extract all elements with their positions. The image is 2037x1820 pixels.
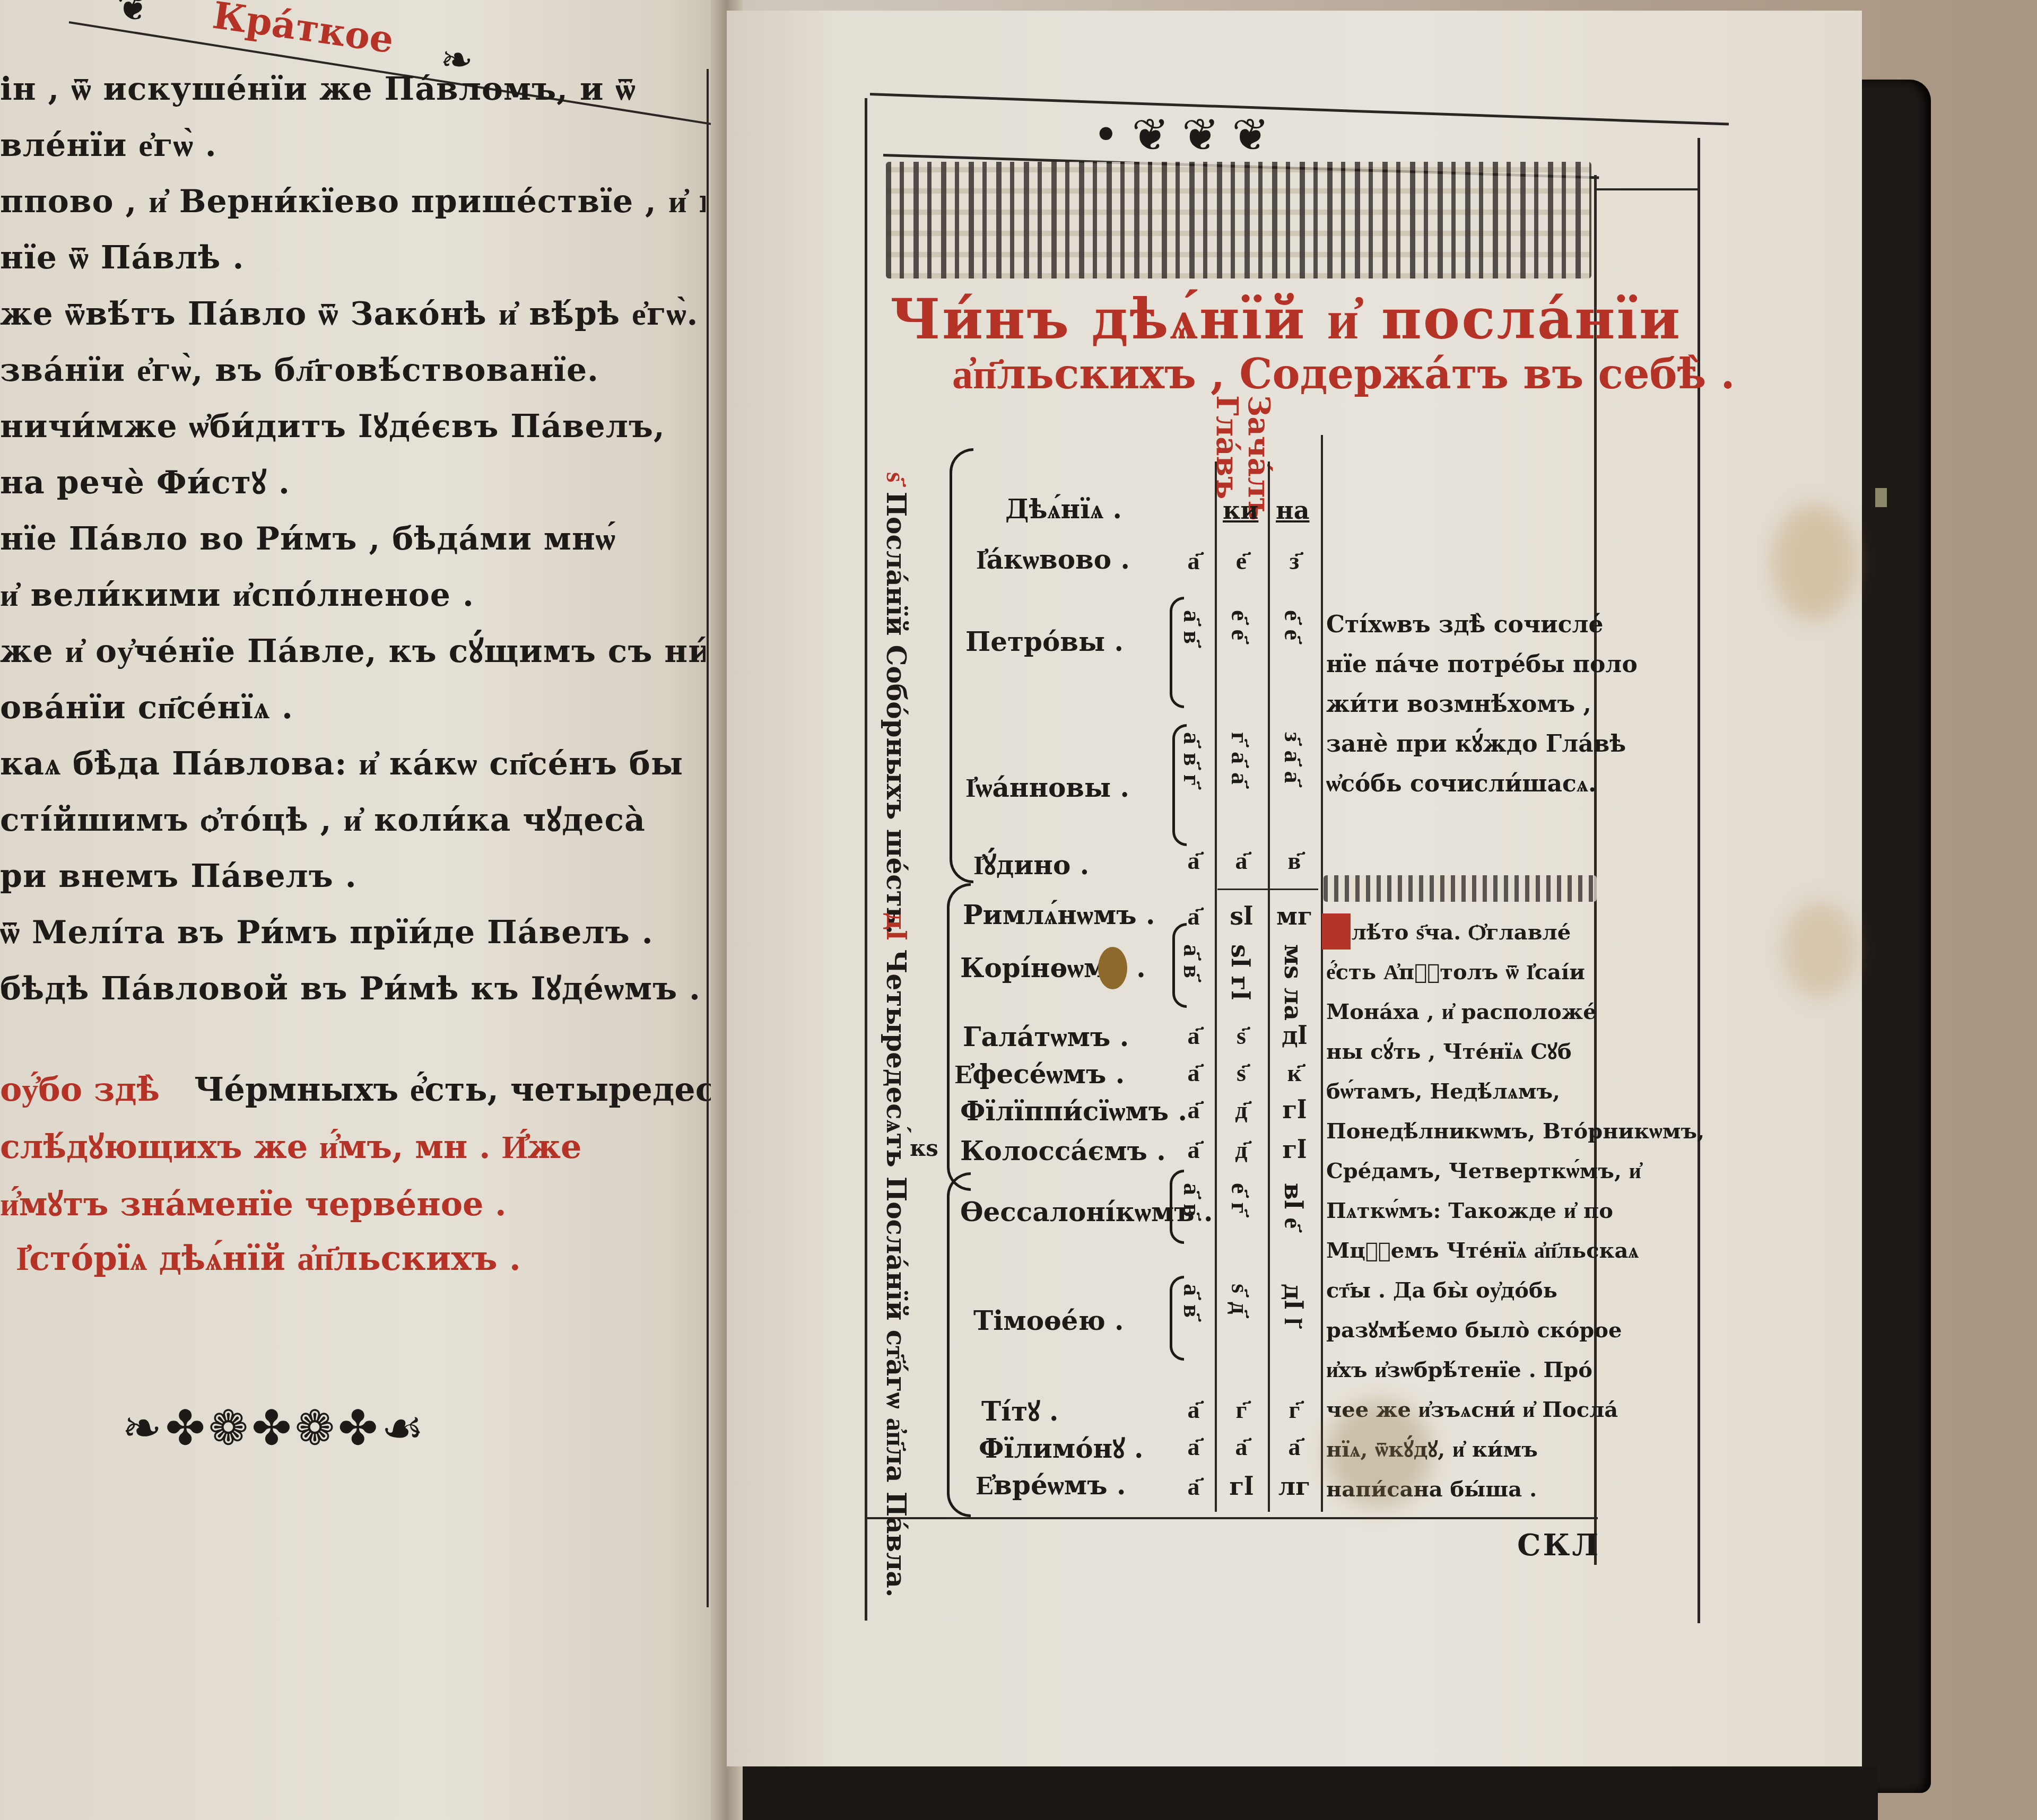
section-title: І҆сто́рїѧ дѣѧ́нїй а҆п҃льскихъ .	[16, 1239, 521, 1278]
chapters-total: ки	[1223, 496, 1258, 525]
catholic-brace	[950, 448, 973, 883]
column-rule	[1268, 461, 1270, 1512]
cell-zachala: з҃	[1276, 546, 1313, 575]
sum-label: кѕ	[910, 1135, 938, 1161]
text-line: нїе ѿ Па́влѣ .	[0, 230, 706, 286]
cell-chapters: а҃	[1223, 1432, 1260, 1461]
cell-epistle: а҃	[1175, 1058, 1212, 1087]
cell-chapters: ѕӏ гӏ	[1223, 944, 1255, 1000]
cell-chapters: а҃	[1223, 846, 1260, 875]
text-line: же и҆ оу҆че́нїе Па́вле, къ сꙋ́щимъ съ ни…	[0, 623, 706, 680]
row-acts: Дѣѧ́нїѧ .	[1005, 493, 1122, 525]
cell-zachala: лг	[1276, 1472, 1313, 1501]
row-titus: Ті́тꙋ .	[981, 1392, 1058, 1429]
text-line: вле́нїи е҆гѡ̀ .	[0, 117, 706, 173]
running-head: Кра́ткое	[210, 0, 396, 62]
rubric-text: оу҆́бо здѣ̀	[0, 1070, 160, 1109]
pauline-epistles-label: дӏ Четыредесѧ́ть Посла́нїй ст҃а́гѡ а҆п҃л…	[881, 912, 912, 1597]
stain	[1098, 947, 1127, 989]
cell-zachala: з҃ а҃ а҃	[1276, 732, 1308, 783]
cell-chapters: ѕ҃	[1223, 1021, 1260, 1050]
rubric-text-black: Че́рмныхъ е҆́сть, четыредесѧ́тъ.	[194, 1070, 789, 1109]
cell-zachala: вӏ е҃	[1276, 1183, 1308, 1229]
zachala-total: на	[1276, 496, 1309, 525]
tailpiece-ornament-icon: ❧✤❁✤❁✤☙	[122, 1400, 427, 1456]
cell-epistle: а҃	[1175, 546, 1212, 575]
catholic-epistles-label: ѕ҃ Посла́нїй Собо́рныхъ ше́сть.	[881, 472, 912, 934]
rubric-block: оу҆́бо здѣ̀ Че́рмныхъ е҆́сть, четыредесѧ…	[0, 1061, 706, 1233]
cell-zachala: г҃	[1276, 1395, 1313, 1424]
left-page: ❦ Кра́ткое ❧ ін , ѿ искуше́нїи же Па́вло…	[0, 0, 727, 1820]
cell-epistle: а҃	[1175, 1472, 1212, 1501]
text-line: бѣдѣ Па́вловой въ Ри́мѣ къ Іꙋде́ѡмъ .	[0, 961, 706, 1017]
stain	[1782, 902, 1857, 997]
cell-chapters: ѕ҃	[1223, 1058, 1260, 1087]
headpiece-ornament-icon: •❦❦❦	[1093, 109, 1282, 161]
cell-epistle: а҃	[1175, 902, 1212, 930]
cell-zachala: а҃	[1276, 1432, 1313, 1461]
text-line: нїе Па́вло во Ри́мъ , бѣда́ми мнѡ́	[0, 511, 706, 567]
text-line: и҆ вели́кими и҆спо́лненое .	[0, 567, 706, 623]
left-page-body: ін , ѿ искуше́нїи же Па́вломъ, и ѿ вле́н…	[0, 61, 706, 1017]
cell-zachala: в҃	[1276, 846, 1313, 875]
ornamental-band	[886, 162, 1591, 278]
cell-zachala: дӏ	[1276, 1021, 1313, 1050]
row-philemon: Фїлимо́нꙋ .	[979, 1430, 1143, 1466]
ornament-icon: ❦	[117, 0, 150, 30]
text-line: ін , ѿ искуше́нїи же Па́вломъ, и ѿ	[0, 61, 706, 117]
row-romans: Римлѧ́нѡмъ .	[963, 899, 1155, 930]
text-line: зва́нїи е҆гѡ̀, въ бл҃говѣ́ствованїе.	[0, 342, 706, 398]
cell-epistle: а҃	[1175, 1395, 1212, 1424]
table-bottom-rule	[866, 1517, 1598, 1519]
frame-rule	[1597, 188, 1700, 190]
verses-note: Сті́хѡвъ здѣ̀ сочисле́ нїе па́че потре́б…	[1326, 605, 1638, 804]
cell-chapters: д҃	[1223, 1095, 1260, 1124]
cell-chapters: д҃	[1223, 1135, 1260, 1164]
dropcap-initial	[1322, 913, 1351, 950]
cell-chapters: е҃	[1223, 546, 1260, 575]
cell-chapters: г҃	[1223, 1395, 1260, 1424]
page-subtitle: а҆п҃льскихъ , Содержа́тъ въ себѣ̀ .	[952, 350, 1735, 398]
cell-epistle: а҃ в҃	[1175, 1284, 1207, 1318]
cell-chapters: г҃ а҃ а҃	[1223, 732, 1255, 785]
row-philippians: Фїлїппи́сїѡмъ .	[960, 1095, 1187, 1127]
text-line: сті́йшимъ ѻ҆то́цѣ , и҆ коли́ка чꙋдеса̀	[0, 792, 706, 848]
row-colossians: Колосса́ємъ .	[960, 1135, 1166, 1166]
cell-epistle: а҃	[1175, 846, 1212, 875]
text-line: ппово , и҆ Верни́кїево прише́ствїе , и҆ …	[0, 173, 706, 230]
cell-zachala: гӏ	[1276, 1135, 1313, 1164]
frame-left-rule	[865, 98, 867, 1621]
stain	[1326, 1400, 1432, 1506]
text-line: ова́нїи сп҃се́нїѧ .	[0, 680, 706, 736]
cell-epistle: а҃ в҃ г҃	[1175, 732, 1207, 786]
note-ornament-band	[1324, 875, 1597, 902]
column-rule	[1321, 435, 1323, 1512]
cell-chapters: е҃ г҃	[1223, 1183, 1255, 1213]
row-timothy: Тімоѳе́ю .	[973, 1305, 1124, 1336]
cell-epistle: а҃	[1175, 1095, 1212, 1124]
cell-chapters: ѕ҃ д҃	[1223, 1284, 1255, 1314]
page-title: Чи́нъ дѣѧ́нїй и҆ посла́нїи	[890, 286, 1682, 352]
cell-zachala: дӏ ӏ҃	[1276, 1284, 1308, 1325]
cell-zachala: мѕ ла	[1276, 944, 1308, 1021]
row-hebrews: Е҆вре́ѡмъ .	[976, 1469, 1126, 1501]
text-line: ничи́мже ѡ҆би́дитъ Іꙋде́євъ Па́велъ,	[0, 398, 706, 455]
text-line: ѿ Мелі́та въ Ри́мъ прїи́де Па́велъ .	[0, 904, 706, 961]
stain	[1772, 504, 1857, 621]
cell-zachala: к҃	[1276, 1058, 1313, 1087]
row-peter: Петро́вы .	[965, 626, 1124, 657]
cell-zachala: е҃ е҃	[1276, 610, 1308, 640]
cell-epistle: а҃	[1175, 1021, 1212, 1050]
row-ephesians: Е҆фесе́ѡмъ .	[955, 1058, 1125, 1090]
cell-zachala: мг	[1276, 902, 1313, 930]
cell-epistle: а҃ в҃	[1175, 610, 1207, 644]
cell-epistle: а҃	[1175, 1135, 1212, 1164]
rubric-text: слѣ́дꙋющихъ же и҆́мъ, мн . И҆́же	[0, 1118, 706, 1175]
cell-zachala: гӏ	[1276, 1095, 1313, 1124]
row-jude: І҆ꙋ́дино .	[973, 846, 1089, 882]
text-line: на речѐ Фи́стꙋ .	[0, 455, 706, 511]
cell-chapters: гӏ	[1223, 1472, 1260, 1501]
text-line: же ѿвѣ́тъ Па́вло ѿ Зако́нѣ и҆ вѣ́рѣ е҆гѡ…	[0, 286, 706, 342]
margin-rule	[707, 69, 709, 1607]
column-rule	[1215, 461, 1217, 1512]
cell-chapters: ѕӏ	[1223, 902, 1260, 930]
text-line: каѧ бѣ̀да Па́влова: и҆ ка́кѡ сп҃се́нъ бы	[0, 736, 706, 792]
clasp-icon	[1875, 488, 1887, 507]
row-john: І҆ѡа́нновы .	[965, 772, 1129, 803]
row-james: І҆а́кѡвово .	[976, 544, 1130, 575]
row-separator	[1217, 889, 1318, 890]
book-binding-bottom	[711, 1766, 1878, 1820]
cell-chapters: е҃ е҃	[1223, 610, 1255, 640]
rubric-text: и҆́мꙋтъ зна́менїе черве́ное .	[0, 1175, 706, 1233]
cell-epistle: а҃	[1175, 1432, 1212, 1461]
cell-epistle: а҃ в҃	[1175, 1183, 1207, 1217]
text-line: ри внемъ Па́велъ .	[0, 848, 706, 904]
row-galatians: Гала́тѡмъ .	[963, 1021, 1129, 1052]
folio-number: СКЛ	[1517, 1528, 1600, 1563]
cell-epistle: а҃ в҃	[1175, 944, 1207, 978]
